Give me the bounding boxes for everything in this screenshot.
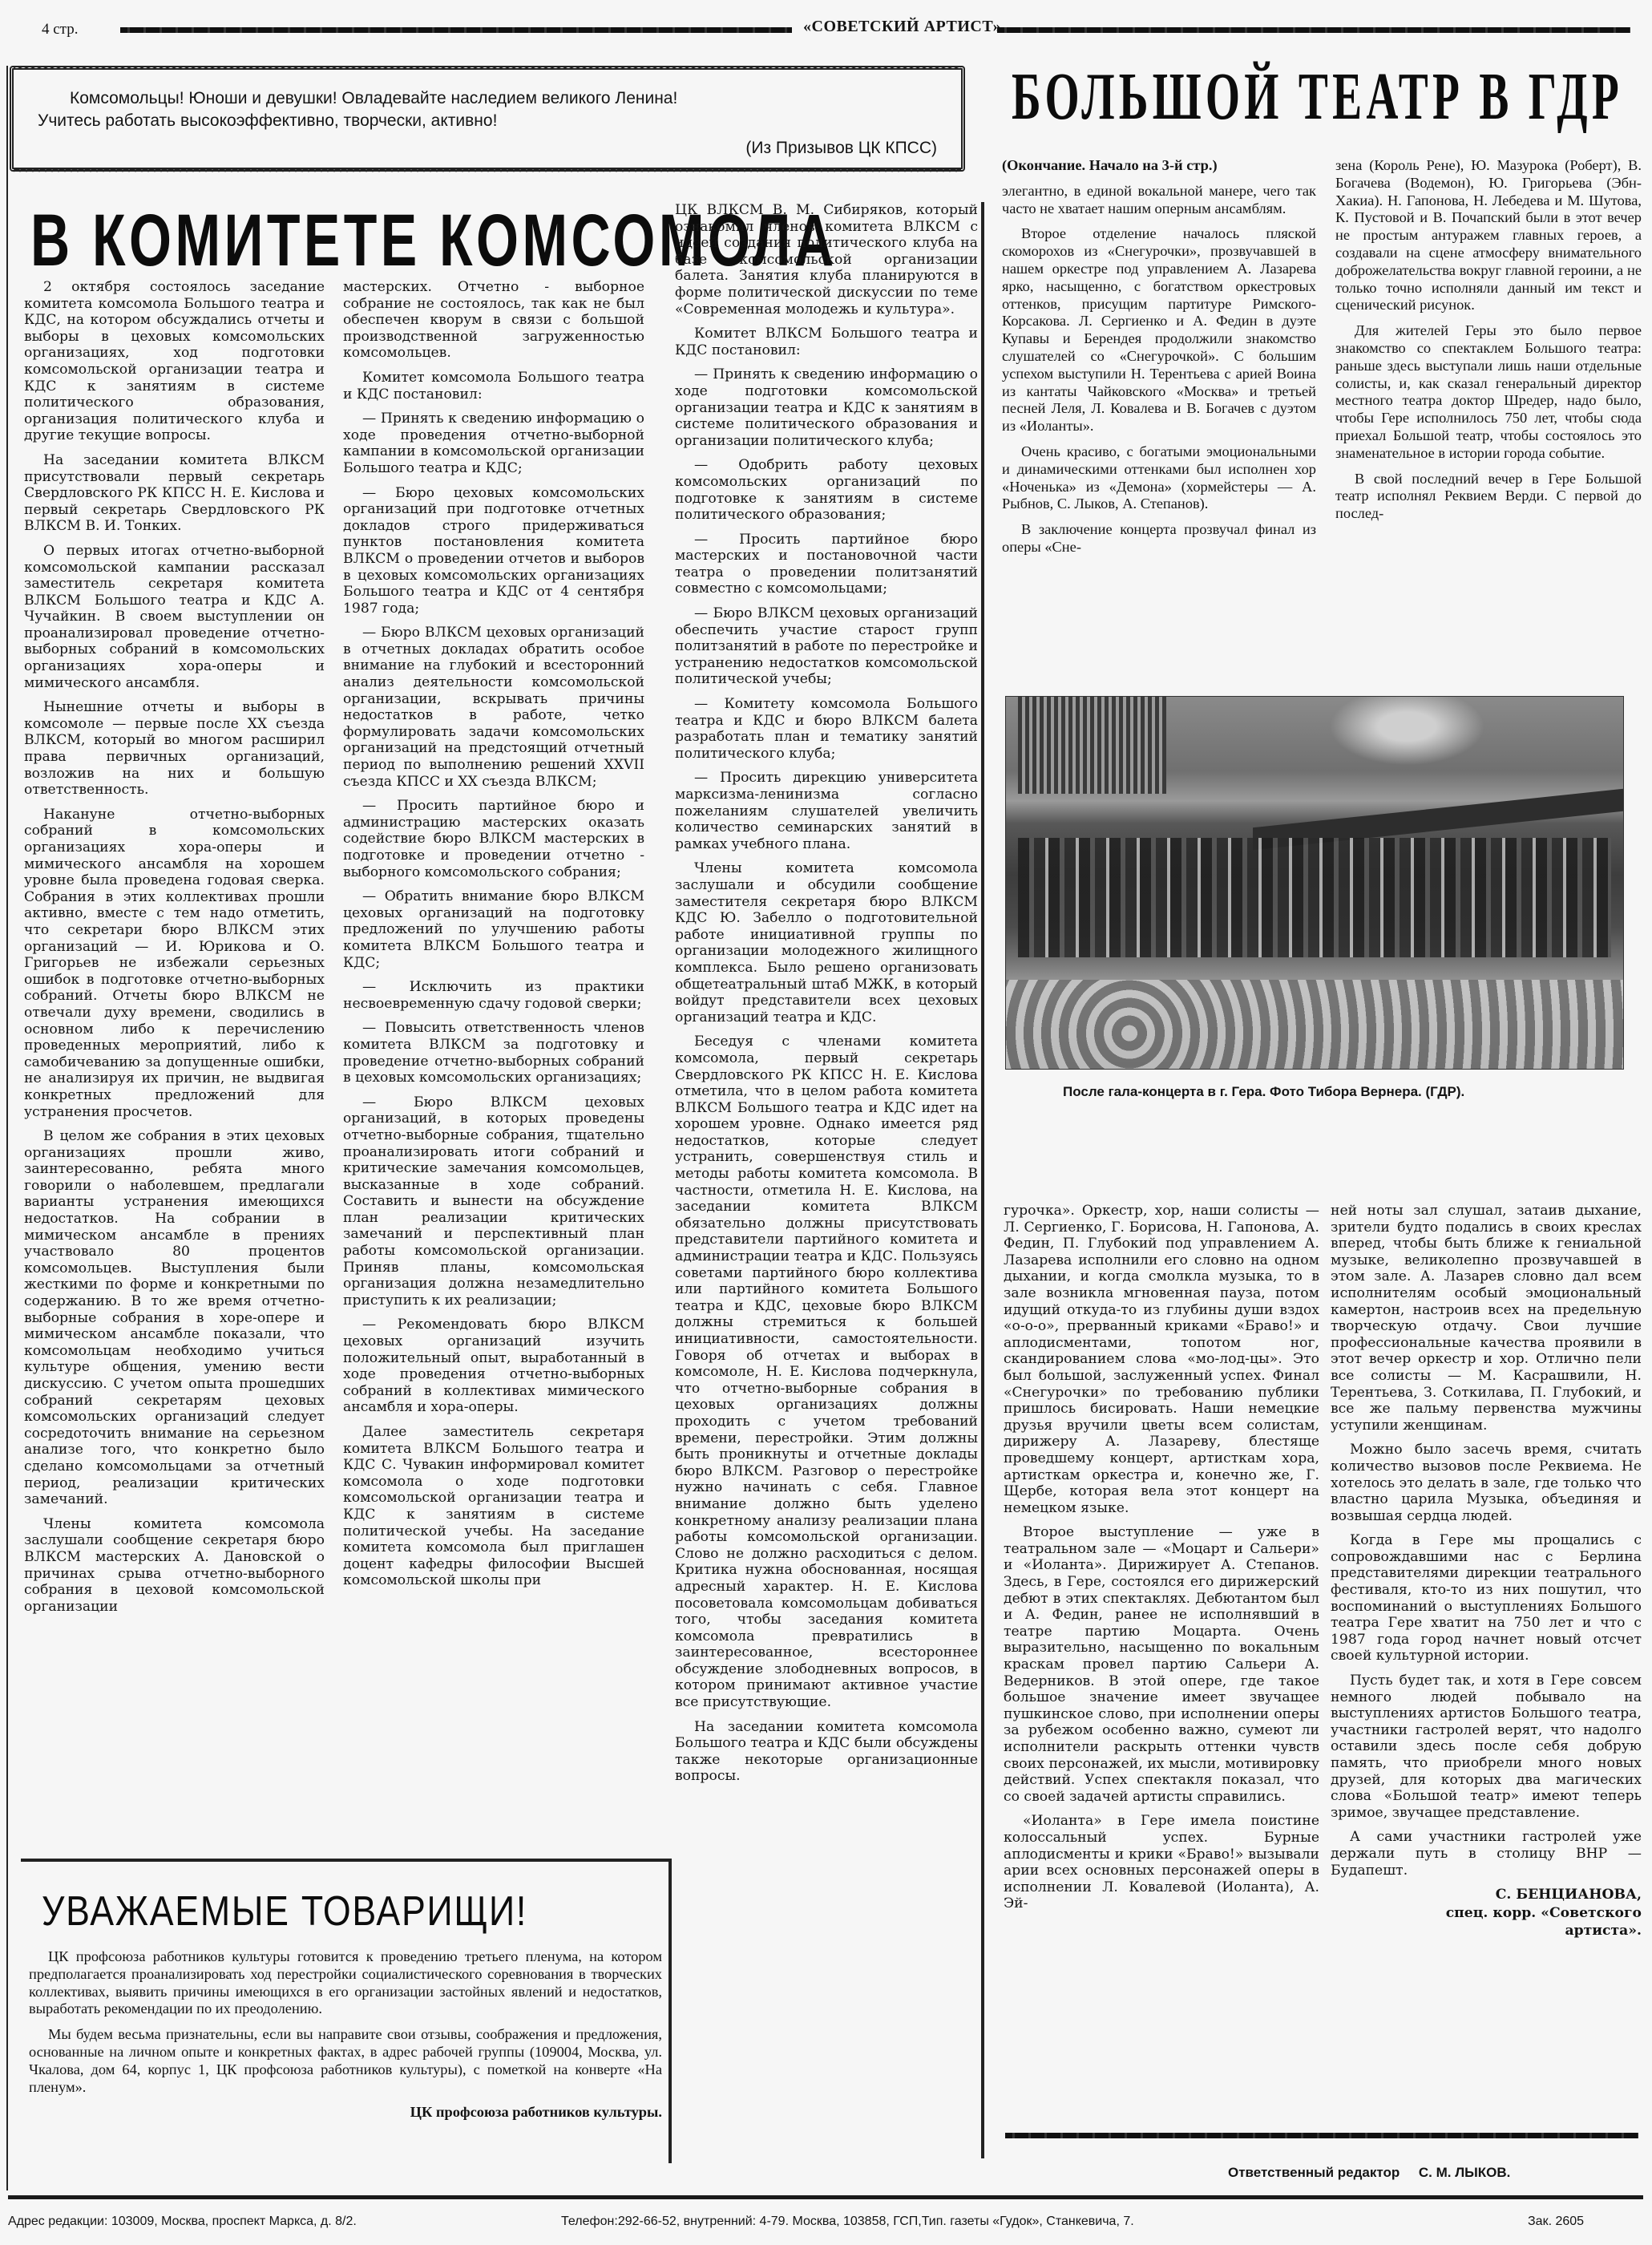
- resolution-item: — Обратить внимание бюро ВЛКСМ цеховых о…: [343, 888, 644, 971]
- resolution-item: — Просить партийное бюро и администрацию…: [343, 798, 644, 880]
- resolution-item: — Одобрить работу цеховых комсомольских …: [675, 457, 978, 523]
- masthead-rule-left: [120, 27, 792, 33]
- slogan-line-1: Комсомольцы! Юноши и девушки! Овладевайт…: [38, 87, 937, 110]
- paragraph: Члены комитета комсомола заслушали и обс…: [675, 860, 978, 1025]
- bolshoi-column-2-top: зена (Король Рене), Ю. Мазурока (Роберт)…: [1335, 157, 1642, 686]
- paragraph: В свой последний вечер в Гере Большой те…: [1335, 471, 1642, 523]
- resolution-item: — Комитету комсомола Большого театра и К…: [675, 696, 978, 762]
- bolshoi-column-1-top: (Окончание. Начало на 3-й стр.) элегантн…: [1002, 157, 1316, 686]
- page-number: 4 стр.: [42, 21, 78, 38]
- komsomol-column-3: ЦК ВЛКСМ В. М. Сибиряков, который ознако…: [675, 202, 978, 2142]
- resolution-item: — Рекомендовать бюро ВЛКСМ цеховых орган…: [343, 1317, 644, 1416]
- resolution-item: — Бюро ВЛКСМ цеховых организаций в отчет…: [343, 625, 644, 790]
- resolution-item: — Бюро ВЛКСМ цеховых организаций, в кото…: [343, 1094, 644, 1309]
- komsomol-column-2: мастерских. Отчетно - выборное собрание …: [343, 279, 644, 1786]
- paragraph: Нынешние отчеты и выборы в комсомоле — п…: [24, 699, 325, 799]
- paragraph: Комитет ВЛКСМ Большого театра и КДС пост…: [675, 326, 978, 358]
- photo-caption: После гала-концерта в г. Гера. Фото Тибо…: [1063, 1084, 1464, 1100]
- photo-audience: [1006, 980, 1623, 1069]
- notice-body: ЦК профсоюза работников культуры готовит…: [29, 1948, 662, 2130]
- paragraph: На заседании комитета комсомола Большого…: [675, 1719, 978, 1785]
- paragraph: Накануне отчетно-выборных собраний в ком…: [24, 807, 325, 1120]
- paragraph: Беседуя с членами комитета комсомола, пе…: [675, 1034, 978, 1710]
- resolution-item: — Просить партийное бюро мастерских и по…: [675, 532, 978, 597]
- editor-credit: Ответственный редактор С. М. ЛЫКОВ.: [1228, 2165, 1510, 2181]
- concert-photo: [1005, 696, 1624, 1070]
- paragraph: 2 октября состоялось заседание комитета …: [24, 279, 325, 444]
- paragraph: На заседании комитета ВЛКСМ присутствова…: [24, 452, 325, 535]
- bolshoi-column-2-bottom: ней ноты зал слушал, затаив дыхание, зри…: [1331, 1203, 1642, 2125]
- resolution-item: — Бюро цеховых комсомольских организаций…: [343, 485, 644, 617]
- paragraph: элегантно, в единой вокальной манере, че…: [1002, 183, 1316, 218]
- footer-rule: [8, 2195, 1643, 2199]
- continuation-note: (Окончание. Начало на 3-й стр.): [1002, 157, 1316, 175]
- resolution-item: — Бюро ВЛКСМ цеховых организаций обеспеч…: [675, 605, 978, 688]
- bolshoi-column-1-bottom: гурочка». Оркестр, хор, наши солисты — Л…: [1004, 1203, 1319, 2125]
- notice-signature: ЦК профсоюза работников культуры.: [29, 2104, 662, 2122]
- paragraph: Для жителей Геры это было первое знакомс…: [1335, 322, 1642, 462]
- komsomol-column-1: 2 октября состоялось заседание комитета …: [24, 279, 325, 1786]
- newspaper-name: «СОВЕТСКИЙ АРТИСТ»: [803, 18, 1001, 36]
- paragraph: Далее заместитель секретаря комитета ВЛК…: [343, 1424, 644, 1589]
- paragraph: Второе отделение началось пляской скомор…: [1002, 225, 1316, 435]
- paragraph: Пусть будет так, и хотя в Гере совсем не…: [1331, 1673, 1642, 1821]
- paragraph: «Иоланта» в Гере имела поистине колоссал…: [1004, 1813, 1319, 1912]
- paragraph: ЦК ВЛКСМ В. М. Сибиряков, который ознако…: [675, 202, 978, 318]
- notice-box-right-border: [668, 1859, 672, 2163]
- left-edge-divider: [6, 66, 8, 2190]
- notice-headline: УВАЖАЕМЫЕ ТОВАРИЩИ!: [42, 1887, 527, 1936]
- paragraph: Можно было засечь время, считать количес…: [1331, 1442, 1642, 1524]
- notice-paragraph: ЦК профсоюза работников культуры готовит…: [29, 1948, 662, 2018]
- photo-performers: [1018, 838, 1610, 957]
- footer-address: Адрес редакции: 103009, Москва, проспект…: [8, 2215, 357, 2229]
- author-name: С. БЕНЦИАНОВА,: [1331, 1887, 1642, 1903]
- editor-rule: [1005, 2133, 1638, 2138]
- paragraph: Очень красиво, с богатыми эмоциональными…: [1002, 443, 1316, 513]
- author-title-cont: артиста».: [1331, 1923, 1642, 1940]
- wavy-border-bottom: [14, 167, 961, 173]
- paragraph: О первых итогах отчетно-выборной комсомо…: [24, 543, 325, 691]
- headline-bolshoi: БОЛЬШОЙ ТЕАТР В ГДР: [1012, 58, 1623, 136]
- paragraph: В целом же собрания в этих цеховых орган…: [24, 1128, 325, 1508]
- paragraph: Второе выступление — уже в театральном з…: [1004, 1524, 1319, 1805]
- photo-organ-pipes: [1018, 697, 1166, 794]
- footer-order: Зак. 2605: [1528, 2215, 1584, 2229]
- resolution-item: — Повысить ответственность членов комите…: [343, 1020, 644, 1086]
- wavy-border-top: [14, 64, 961, 71]
- paragraph: мастерских. Отчетно - выборное собрание …: [343, 279, 644, 362]
- paragraph: зена (Король Рене), Ю. Мазурока (Роберт)…: [1335, 157, 1642, 314]
- resolution-item: — Просить дирекцию университета марксизм…: [675, 770, 978, 852]
- editor-name: С. М. ЛЫКОВ.: [1419, 2165, 1511, 2180]
- resolution-item: — Исключить из практики несвоевременную …: [343, 979, 644, 1012]
- paragraph: Комитет комсомола Большого театра и КДС …: [343, 370, 644, 402]
- resolution-item: — Принять к сведению информацию о ходе п…: [675, 366, 978, 449]
- paragraph: А сами участники гастролей уже держали п…: [1331, 1829, 1642, 1879]
- footer-phone: Телефон:292-66-52, внутренний: 4-79. Мос…: [561, 2215, 1134, 2229]
- column-divider: [981, 202, 984, 2158]
- notice-paragraph: Мы будем весьма признательны, если вы на…: [29, 2026, 662, 2096]
- paragraph: Когда в Гере мы прощались с сопровождавш…: [1331, 1532, 1642, 1665]
- paragraph: гурочка». Оркестр, хор, наши солисты — Л…: [1004, 1203, 1319, 1516]
- paragraph: ней ноты зал слушал, затаив дыхание, зри…: [1331, 1203, 1642, 1434]
- slogan-line-2: Учитесь работать высокоэффективно, творч…: [38, 110, 937, 132]
- slogan-box: Комсомольцы! Юноши и девушки! Овладевайт…: [10, 66, 965, 172]
- resolution-item: — Принять к сведению информацию о ходе п…: [343, 411, 644, 476]
- editor-label: Ответственный редактор: [1228, 2165, 1400, 2180]
- paragraph: В заключение концерта прозвучал финал из…: [1002, 521, 1316, 556]
- slogan-attribution: (Из Призывов ЦК КПСС): [38, 137, 937, 160]
- paragraph: Члены комитета комсомола заслушали сообщ…: [24, 1516, 325, 1616]
- author-title: спец. корр. «Советского: [1331, 1905, 1642, 1922]
- masthead-rule-right: [997, 27, 1630, 33]
